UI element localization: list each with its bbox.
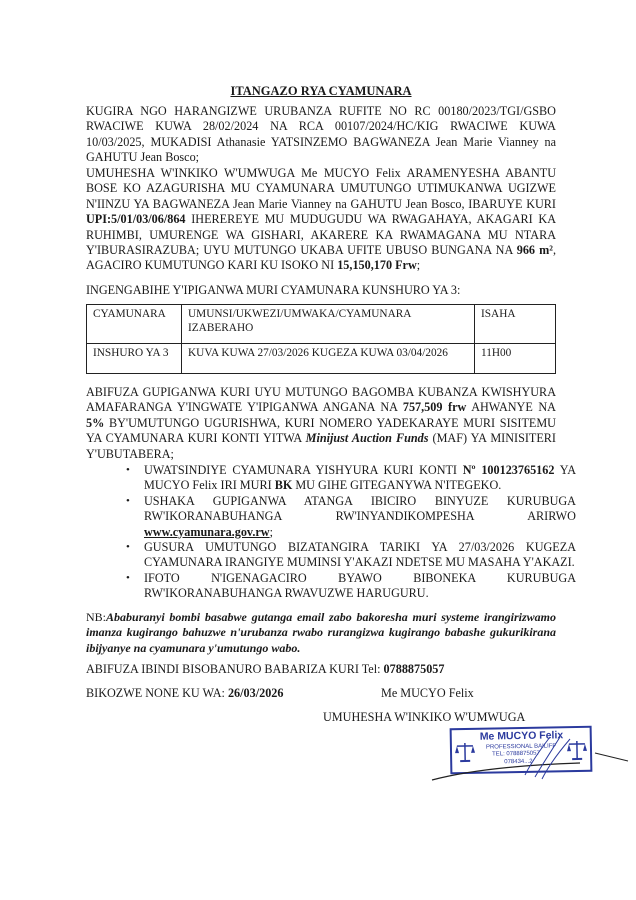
table-row: INSHURO YA 3 KUVA KUWA 27/03/2026 KUGEZA… — [87, 344, 556, 374]
conditions-list: UWATSINDIYE CYAMUNARA YISHYURA KURI KONT… — [124, 463, 576, 602]
list-item-visit: GUSURA UMUTUNGO BIZATANGIRA TARIKI YA 27… — [144, 540, 576, 571]
account-number: Nº 100123765162 — [463, 463, 555, 477]
signer-role: UMUHESHA W'INKIKO W'UMWUGA — [323, 710, 525, 725]
contact-text: ABIFUZA IBINDI BISOBANURO BABARIZA KURI … — [86, 662, 384, 676]
upi-number: UPI:5/01/03/06/864 — [86, 212, 186, 226]
contact-line: ABIFUZA IBINDI BISOBANURO BABARIZA KURI … — [86, 662, 556, 677]
table-cell-round: INSHURO YA 3 — [87, 344, 182, 374]
text-segment: ; — [417, 258, 420, 272]
table-cell-time: 11H00 — [475, 344, 556, 374]
paragraph-property-description: UMUHESHA W'INKIKO W'UMWUGA Me MUCYO Feli… — [86, 166, 556, 274]
list-item-payment: UWATSINDIYE CYAMUNARA YISHYURA KURI KONT… — [144, 463, 576, 494]
document-title: ITANGAZO RYA CYAMUNARA — [86, 84, 556, 99]
text-segment: UWATSINDIYE CYAMUNARA YISHYURA KURI KONT… — [144, 463, 463, 477]
document-date: 26/03/2026 — [228, 686, 284, 700]
date-line: BIKOZWE NONE KU WA: 26/03/2026 — [86, 686, 283, 701]
table-cell-dates: KUVA KUWA 27/03/2026 KUGEZA KUWA 03/04/2… — [182, 344, 475, 374]
date-label: BIKOZWE NONE KU WA: — [86, 686, 228, 700]
auction-schedule-table: CYAMUNARA UMUNSI/UKWEZI/UMWAKA/CYAMUNARA… — [86, 304, 556, 374]
table-header-row: CYAMUNARA UMUNSI/UKWEZI/UMWAKA/CYAMUNARA… — [87, 305, 556, 344]
table-header-cell: CYAMUNARA — [87, 305, 182, 344]
text-segment: USHAKA GUPIGANWA ATANGA IBICIRO BINYUZE … — [144, 494, 576, 523]
property-area: 966 m² — [517, 243, 553, 257]
table-header-cell: ISAHA — [475, 305, 556, 344]
text-segment: AHWANYE NA — [466, 400, 556, 414]
note-paragraph: NB:Ababuranyi bombi basabwe gutanga emai… — [86, 610, 556, 656]
text-segment: MU GIHE GITEGANYWA N'ITEGEKO. — [292, 478, 501, 492]
bank-name: BK — [275, 478, 293, 492]
signer-name: Me MUCYO Felix — [381, 686, 474, 701]
list-item-bidding: USHAKA GUPIGANWA ATANGA IBICIRO BINYUZE … — [144, 494, 576, 540]
cyamunara-website-link[interactable]: www.cyamunara.gov.rw — [144, 525, 270, 539]
text-segment: UMUHESHA W'INKIKO W'UMWUGA Me MUCYO Feli… — [86, 166, 556, 211]
text-segment: ; — [270, 525, 273, 539]
paragraph-court-case: KUGIRA NGO HARANGIZWE URUBANZA RUFITE NO… — [86, 104, 556, 166]
list-item-photo: IFOTO N'IGENAGACIRO BYAWO BIBONEKA KURUB… — [144, 571, 576, 602]
signature-icon — [430, 735, 630, 795]
note-text: Ababuranyi bombi basabwe gutanga email z… — [86, 610, 556, 655]
deposit-amount: 757,509 frw — [403, 400, 466, 414]
paragraph-deposit: ABIFUZA GUPIGANWA KURI UYU MUTUNGO BAGOM… — [86, 385, 556, 462]
fund-name: Minijust Auction Funds — [306, 431, 429, 445]
table-header-cell: UMUNSI/UKWEZI/UMWAKA/CYAMUNARA IZABERAHO — [182, 305, 475, 344]
property-value: 15,150,170 Frw — [337, 258, 417, 272]
schedule-heading: INGENGABIHE Y'IPIGANWA MURI CYAMUNARA KU… — [86, 283, 556, 298]
deposit-percent: 5% — [86, 416, 104, 430]
contact-phone: 0788875057 — [384, 662, 445, 676]
note-label: NB: — [86, 610, 106, 624]
